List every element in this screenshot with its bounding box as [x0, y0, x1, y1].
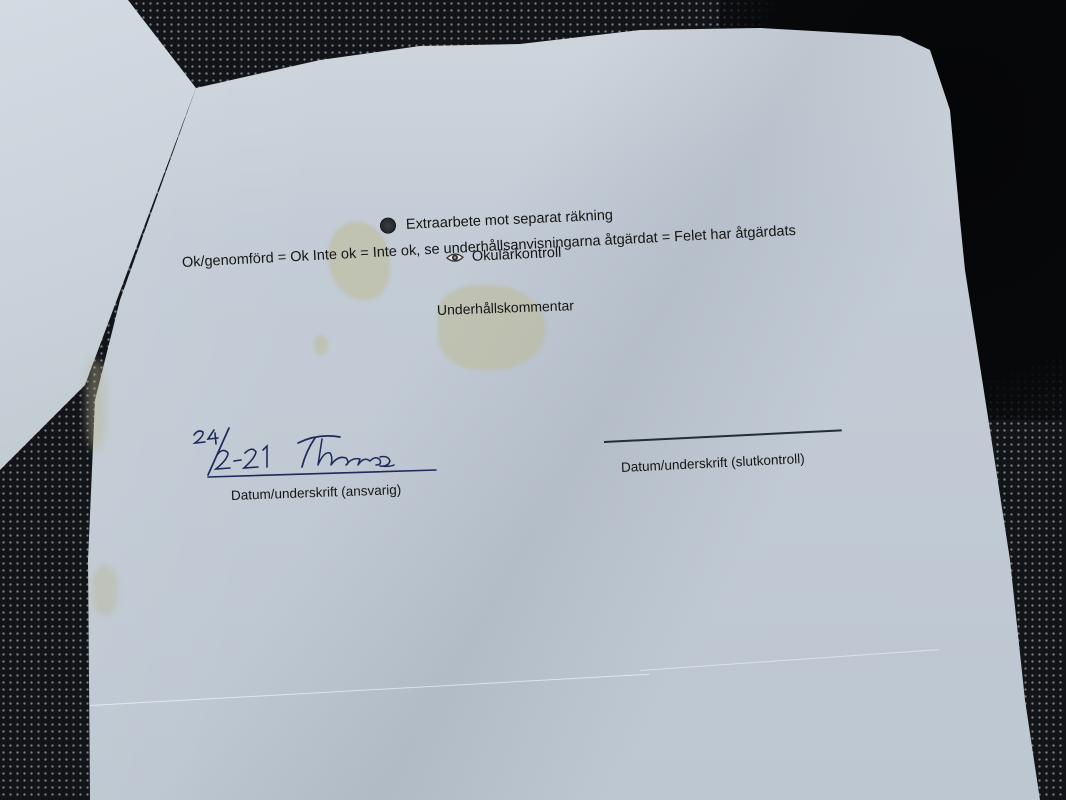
- legend-item-extra-work: Extraarbete mot separat räkning: [380, 207, 614, 234]
- signature-responsible: [190, 425, 440, 485]
- signature-label-responsible: Datum/underskrift (ansvarig): [231, 482, 402, 503]
- signature-label-final-check: Datum/underskrift (slutkontroll): [621, 451, 805, 475]
- signature-line-final-check: [604, 429, 842, 442]
- maintenance-comment-heading: Underhållskommentar: [437, 297, 574, 318]
- printed-content: Extraarbete mot separat räkning Okulärko…: [0, 0, 1066, 800]
- legend-item-label: Extraarbete mot separat räkning: [406, 207, 614, 232]
- filled-circle-icon: [380, 217, 397, 234]
